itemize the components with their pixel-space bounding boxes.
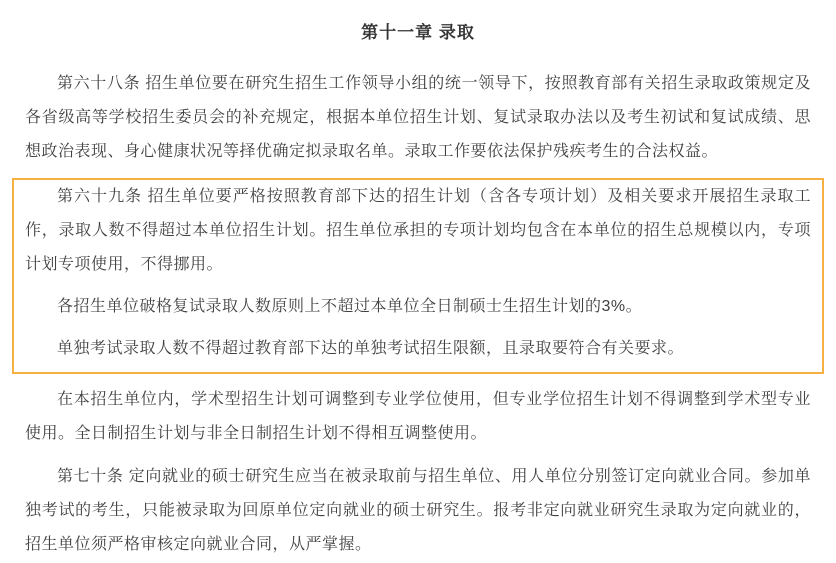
chapter-title: 第十一章 录取 <box>25 18 811 43</box>
paragraph-article-68: 第六十八条 招生单位要在研究生招生工作领导小组的统一领导下，按照教育部有关招生录… <box>25 67 811 169</box>
paragraph-quota-3-percent: 各招生单位破格复试录取人数原则上不超过本单位全日制硕士生招生计划的3%。 <box>25 290 811 324</box>
paragraph-article-69: 第六十九条 招生单位要严格按照教育部下达的招生计划（含各专项计划）及相关要求开展… <box>25 180 811 282</box>
paragraph-article-70: 第七十条 定向就业的硕士研究生应当在被录取前与招生单位、用人单位分别签订定向就业… <box>25 460 811 562</box>
regulation-document: 第十一章 录取 第六十八条 招生单位要在研究生招生工作领导小组的统一领导下，按照… <box>0 0 836 562</box>
paragraph-plan-adjustment: 在本招生单位内，学术型招生计划可调整到专业学位使用，但专业学位招生计划不得调整到… <box>25 383 811 451</box>
paragraph-separate-exam: 单独考试录取人数不得超过教育部下达的单独考试招生限额，且录取要符合有关要求。 <box>25 332 811 366</box>
highlighted-section: 第六十九条 招生单位要严格按照教育部下达的招生计划（含各专项计划）及相关要求开展… <box>12 178 824 374</box>
